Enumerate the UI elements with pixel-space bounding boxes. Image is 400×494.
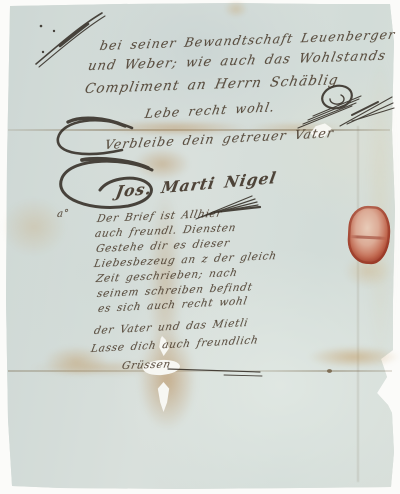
wax-seal-crack bbox=[350, 235, 387, 240]
postscript-closing: Grüssen bbox=[121, 358, 172, 372]
marginal-note: a° bbox=[56, 208, 70, 220]
letter-photo: bei seiner Bewandtschaft Leuenberger und… bbox=[0, 0, 400, 494]
